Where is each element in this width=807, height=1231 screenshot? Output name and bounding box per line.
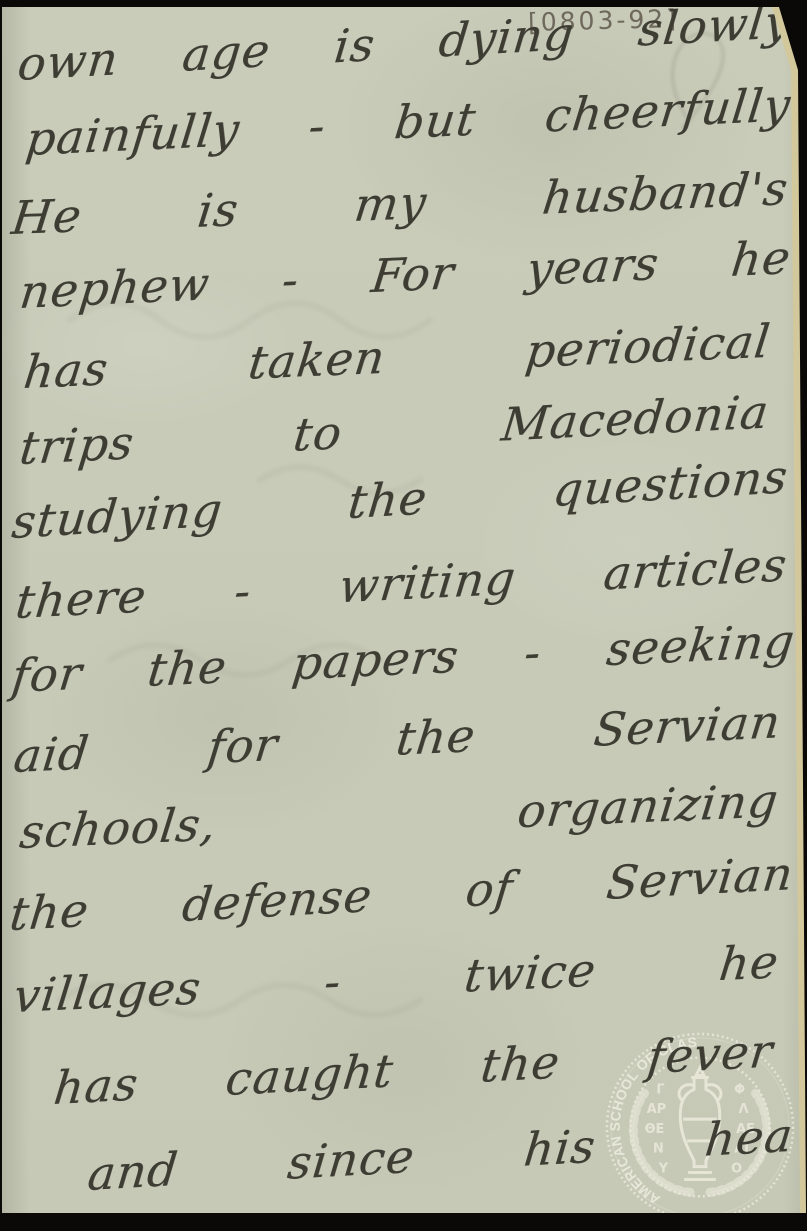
svg-text:Φ: Φ — [734, 1082, 745, 1097]
svg-text:Γ: Γ — [656, 1082, 664, 1097]
letter-paper: AMERICAN SCHOOL OF CLASSICAL STUDIES AT … — [0, 0, 807, 1231]
scanned-letter-page: AMERICAN SCHOOL OF CLASSICAL STUDIES AT … — [0, 0, 807, 1231]
